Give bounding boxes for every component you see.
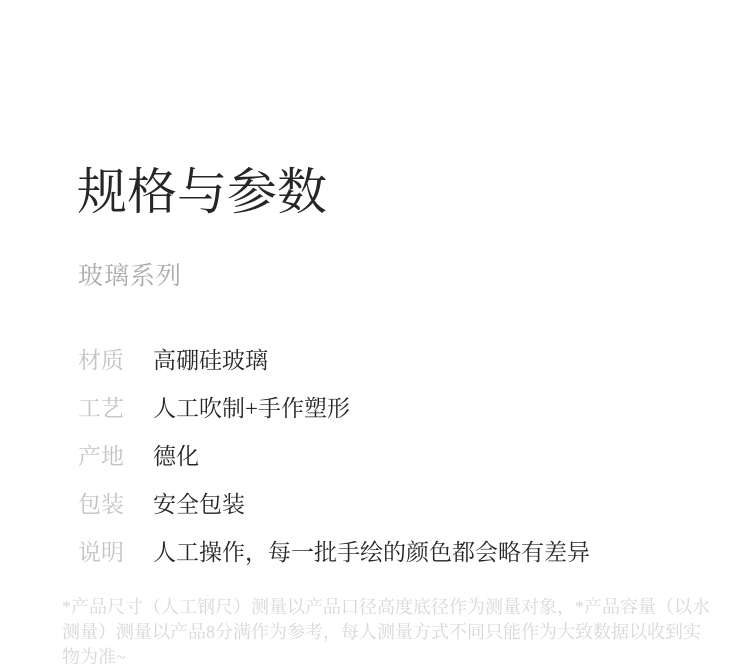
spec-value-material: 高硼硅玻璃 [153,342,268,375]
spec-list: 材质 高硼硅玻璃 工艺 人工吹制+手作塑形 产地 德化 包装 安全包装 说明 人… [78,334,590,574]
product-spec-section: 规格与参数 玻璃系列 材质 高硼硅玻璃 工艺 人工吹制+手作塑形 产地 德化 包… [0,0,750,667]
spec-label-craft: 工艺 [78,390,153,423]
spec-label-material: 材质 [78,342,153,375]
spec-row-packaging: 包装 安全包装 [78,478,590,526]
spec-label-packaging: 包装 [78,486,153,519]
spec-label-notes: 说明 [78,534,153,567]
spec-row-craft: 工艺 人工吹制+手作塑形 [78,382,590,430]
page-title: 规格与参数 [77,162,327,222]
spec-label-origin: 产地 [78,438,153,471]
spec-row-notes: 说明 人工操作，每一批手绘的颜色都会略有差异 [78,526,590,574]
measurement-disclaimer: *产品尺寸（人工钢尺）测量以产品口径高度底径作为测量对象，*产品容量（以水测量）… [62,595,714,667]
spec-value-origin: 德化 [153,438,199,471]
spec-value-packaging: 安全包装 [153,486,245,519]
spec-row-material: 材质 高硼硅玻璃 [78,334,590,382]
spec-value-craft: 人工吹制+手作塑形 [153,390,350,423]
spec-row-origin: 产地 德化 [78,430,590,478]
series-subtitle: 玻璃系列 [78,262,182,292]
spec-value-notes: 人工操作，每一批手绘的颜色都会略有差异 [153,534,590,567]
